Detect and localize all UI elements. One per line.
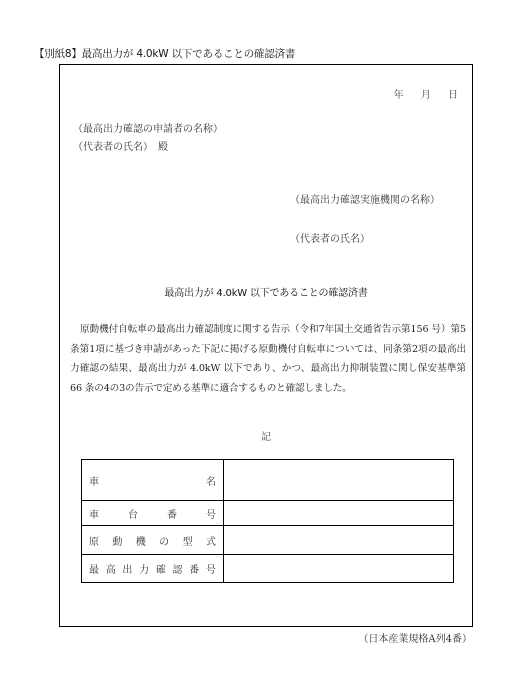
table-row-max-output-confirmation-number: 最 高 出 力 確 認 番 号 [82,555,454,583]
table-row-frame-number: 車 台 番 号 [82,501,454,526]
vehicle-info-table: 車 名 車 台 番 号 原 動 機 [81,459,454,583]
agency-block: （最高出力確認実施機関の名称） （代表者の氏名） [290,191,440,245]
day-label: 日 [448,90,458,101]
agency-representative-label: （代表者の氏名） [290,230,440,245]
ki-label: 記 [60,428,472,443]
table-row-vehicle-name: 車 名 [82,460,454,501]
document-heading: 【別紙8】最高出力が 4.0kW 以下であることの確認済書 [34,46,295,61]
certificate-frame: 年 月 日 （最高出力確認の申請者の名称） （代表者の氏名） 殿 （最高出力確認… [59,64,473,627]
max-output-confirmation-number-value[interactable] [224,555,454,583]
month-label: 月 [421,90,431,101]
vehicle-name-label: 車 名 [82,460,224,501]
paper-size-note: （日本産業規格A列4番） [358,630,472,645]
frame-number-value[interactable] [224,501,454,526]
certificate-title: 最高出力が 4.0kW 以下であることの確認済書 [60,284,472,299]
agency-name-label: （最高出力確認実施機関の名称） [290,191,440,206]
table-row-engine-model: 原 動 機 の 型 式 [82,526,454,555]
date-line: 年 月 日 [380,86,458,101]
engine-model-label: 原 動 機 の 型 式 [82,526,224,555]
engine-model-value[interactable] [224,526,454,555]
max-output-confirmation-number-label: 最 高 出 力 確 認 番 号 [82,555,224,583]
certificate-body-text: 原動機付自転車の最高出力確認制度に関する告示（令和7年国土交通省告示第156 号… [70,320,466,398]
applicant-block: （最高出力確認の申請者の名称） （代表者の氏名） 殿 [73,121,223,157]
frame-number-label: 車 台 番 号 [82,501,224,526]
applicant-name-label: （最高出力確認の申請者の名称） [73,121,223,139]
year-label: 年 [394,90,404,101]
vehicle-name-value[interactable] [224,460,454,501]
applicant-representative-label: （代表者の氏名） 殿 [73,139,223,157]
